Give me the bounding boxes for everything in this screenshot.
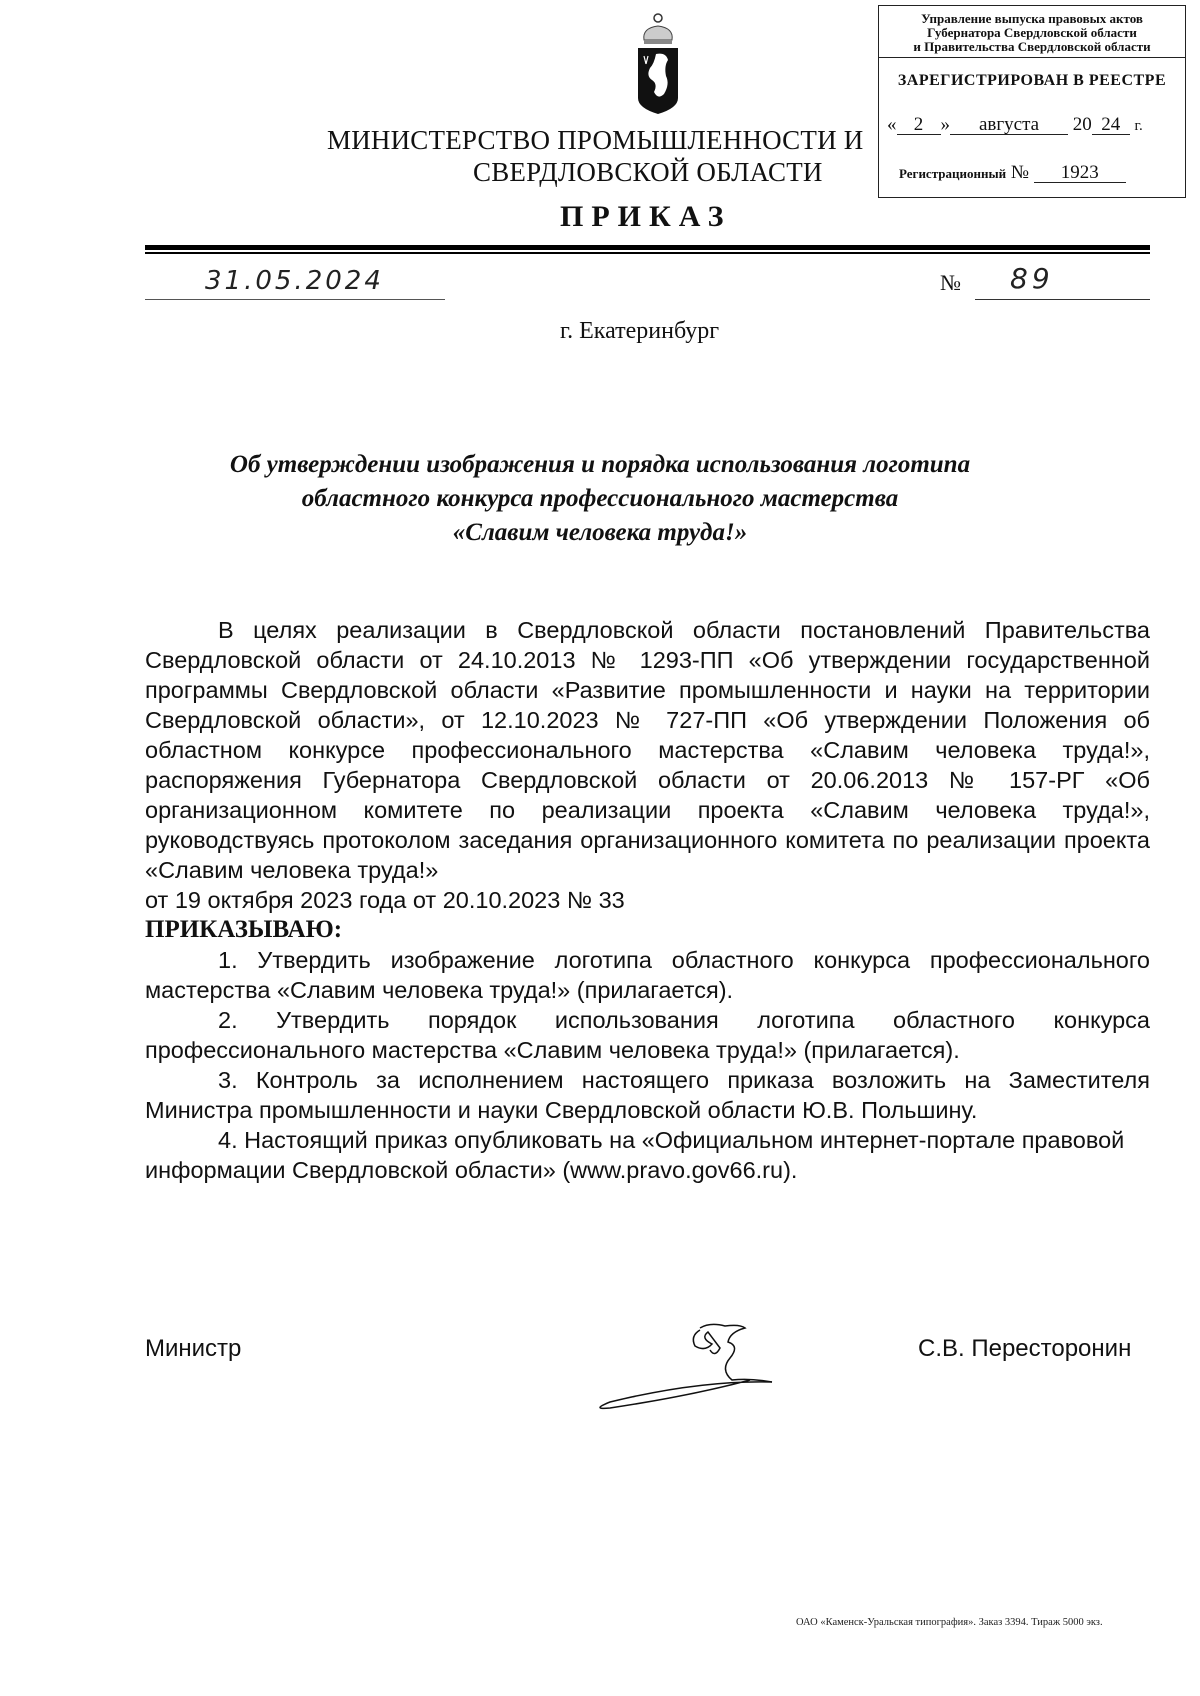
stamp-registered-label: ЗАРЕГИСТРИРОВАН В РЕЕСТРЕ xyxy=(879,72,1185,90)
ministry-name-line1: МИНИСТЕРСТВО ПРОМЫШЛЕННОСТИ И xyxy=(327,124,863,156)
stamp-day: 2 xyxy=(897,116,941,135)
ministry-name-line2: СВЕРДЛОВСКОЙ ОБЛАСТИ xyxy=(473,156,823,188)
stamp-org-line1: Управление выпуска правовых актов xyxy=(879,12,1185,26)
number-underline xyxy=(975,299,1150,300)
order-number: 89 xyxy=(1010,262,1054,295)
stamp-org-line3: и Правительства Свердловской области xyxy=(879,40,1185,54)
order-item-3: 3. Контроль за исполнением настоящего пр… xyxy=(145,1065,1150,1125)
signer-name: С.В. Пересторонин xyxy=(918,1335,1131,1363)
order-item-1: 1. Утвердить изображение логотипа област… xyxy=(145,945,1150,1005)
stamp-num-sign: № xyxy=(1011,162,1029,183)
handwritten-signature-icon xyxy=(550,1318,790,1418)
order-body: В целях реализации в Свердловской област… xyxy=(145,615,1150,1185)
orders-word: ПРИКАЗЫВАЮ: xyxy=(145,915,1150,945)
order-item-2: 2. Утвердить порядок использования логот… xyxy=(145,1005,1150,1065)
date-underline xyxy=(145,299,445,300)
stamp-year-prefix: 20 xyxy=(1073,114,1092,135)
coat-of-arms-icon xyxy=(628,10,688,120)
stamp-organization: Управление выпуска правовых актов Губерн… xyxy=(879,6,1185,58)
document-type-title: ПРИКАЗ xyxy=(560,200,732,234)
subject-line2: областного конкурса профессионального ма… xyxy=(150,482,1050,516)
stamp-org-line2: Губернатора Свердловской области xyxy=(879,26,1185,40)
order-item-4: 4. Настоящий приказ опубликовать на «Офи… xyxy=(145,1125,1150,1185)
header-rule-thin xyxy=(145,252,1150,254)
stamp-close-quote: » xyxy=(941,114,951,135)
city: г. Екатеринбург xyxy=(560,318,719,345)
subject-line3: «Славим человека труда!» xyxy=(150,516,1050,550)
signer-title: Министр xyxy=(145,1335,241,1363)
stamp-year-suffix: 24 xyxy=(1092,116,1130,135)
stamp-date-row: «2»августа 2024 г. xyxy=(887,114,1143,136)
order-date: 31.05.2024 xyxy=(205,266,384,296)
header-rule-thick xyxy=(145,245,1150,250)
stamp-year-abbr: г. xyxy=(1135,118,1143,134)
order-number-sign: № xyxy=(940,270,961,296)
subject-line1: Об утверждении изображения и порядка исп… xyxy=(150,448,1050,482)
printer-imprint: ОАО «Каменск-Уральская типография». Зака… xyxy=(796,1617,1103,1628)
preamble-last-line: от 19 октября 2023 года от 20.10.2023 № … xyxy=(145,885,1150,915)
stamp-regnum-label: Регистрационный xyxy=(899,166,1006,181)
stamp-regnum-row: Регистрационный № 1923 xyxy=(899,162,1126,184)
stamp-month: августа xyxy=(950,116,1068,135)
registration-stamp: Управление выпуска правовых актов Губерн… xyxy=(878,5,1186,198)
preamble: В целях реализации в Свердловской област… xyxy=(145,615,1150,885)
order-subject: Об утверждении изображения и порядка исп… xyxy=(150,448,1050,550)
stamp-reg-number: 1923 xyxy=(1034,164,1126,183)
stamp-open-quote: « xyxy=(887,114,897,135)
